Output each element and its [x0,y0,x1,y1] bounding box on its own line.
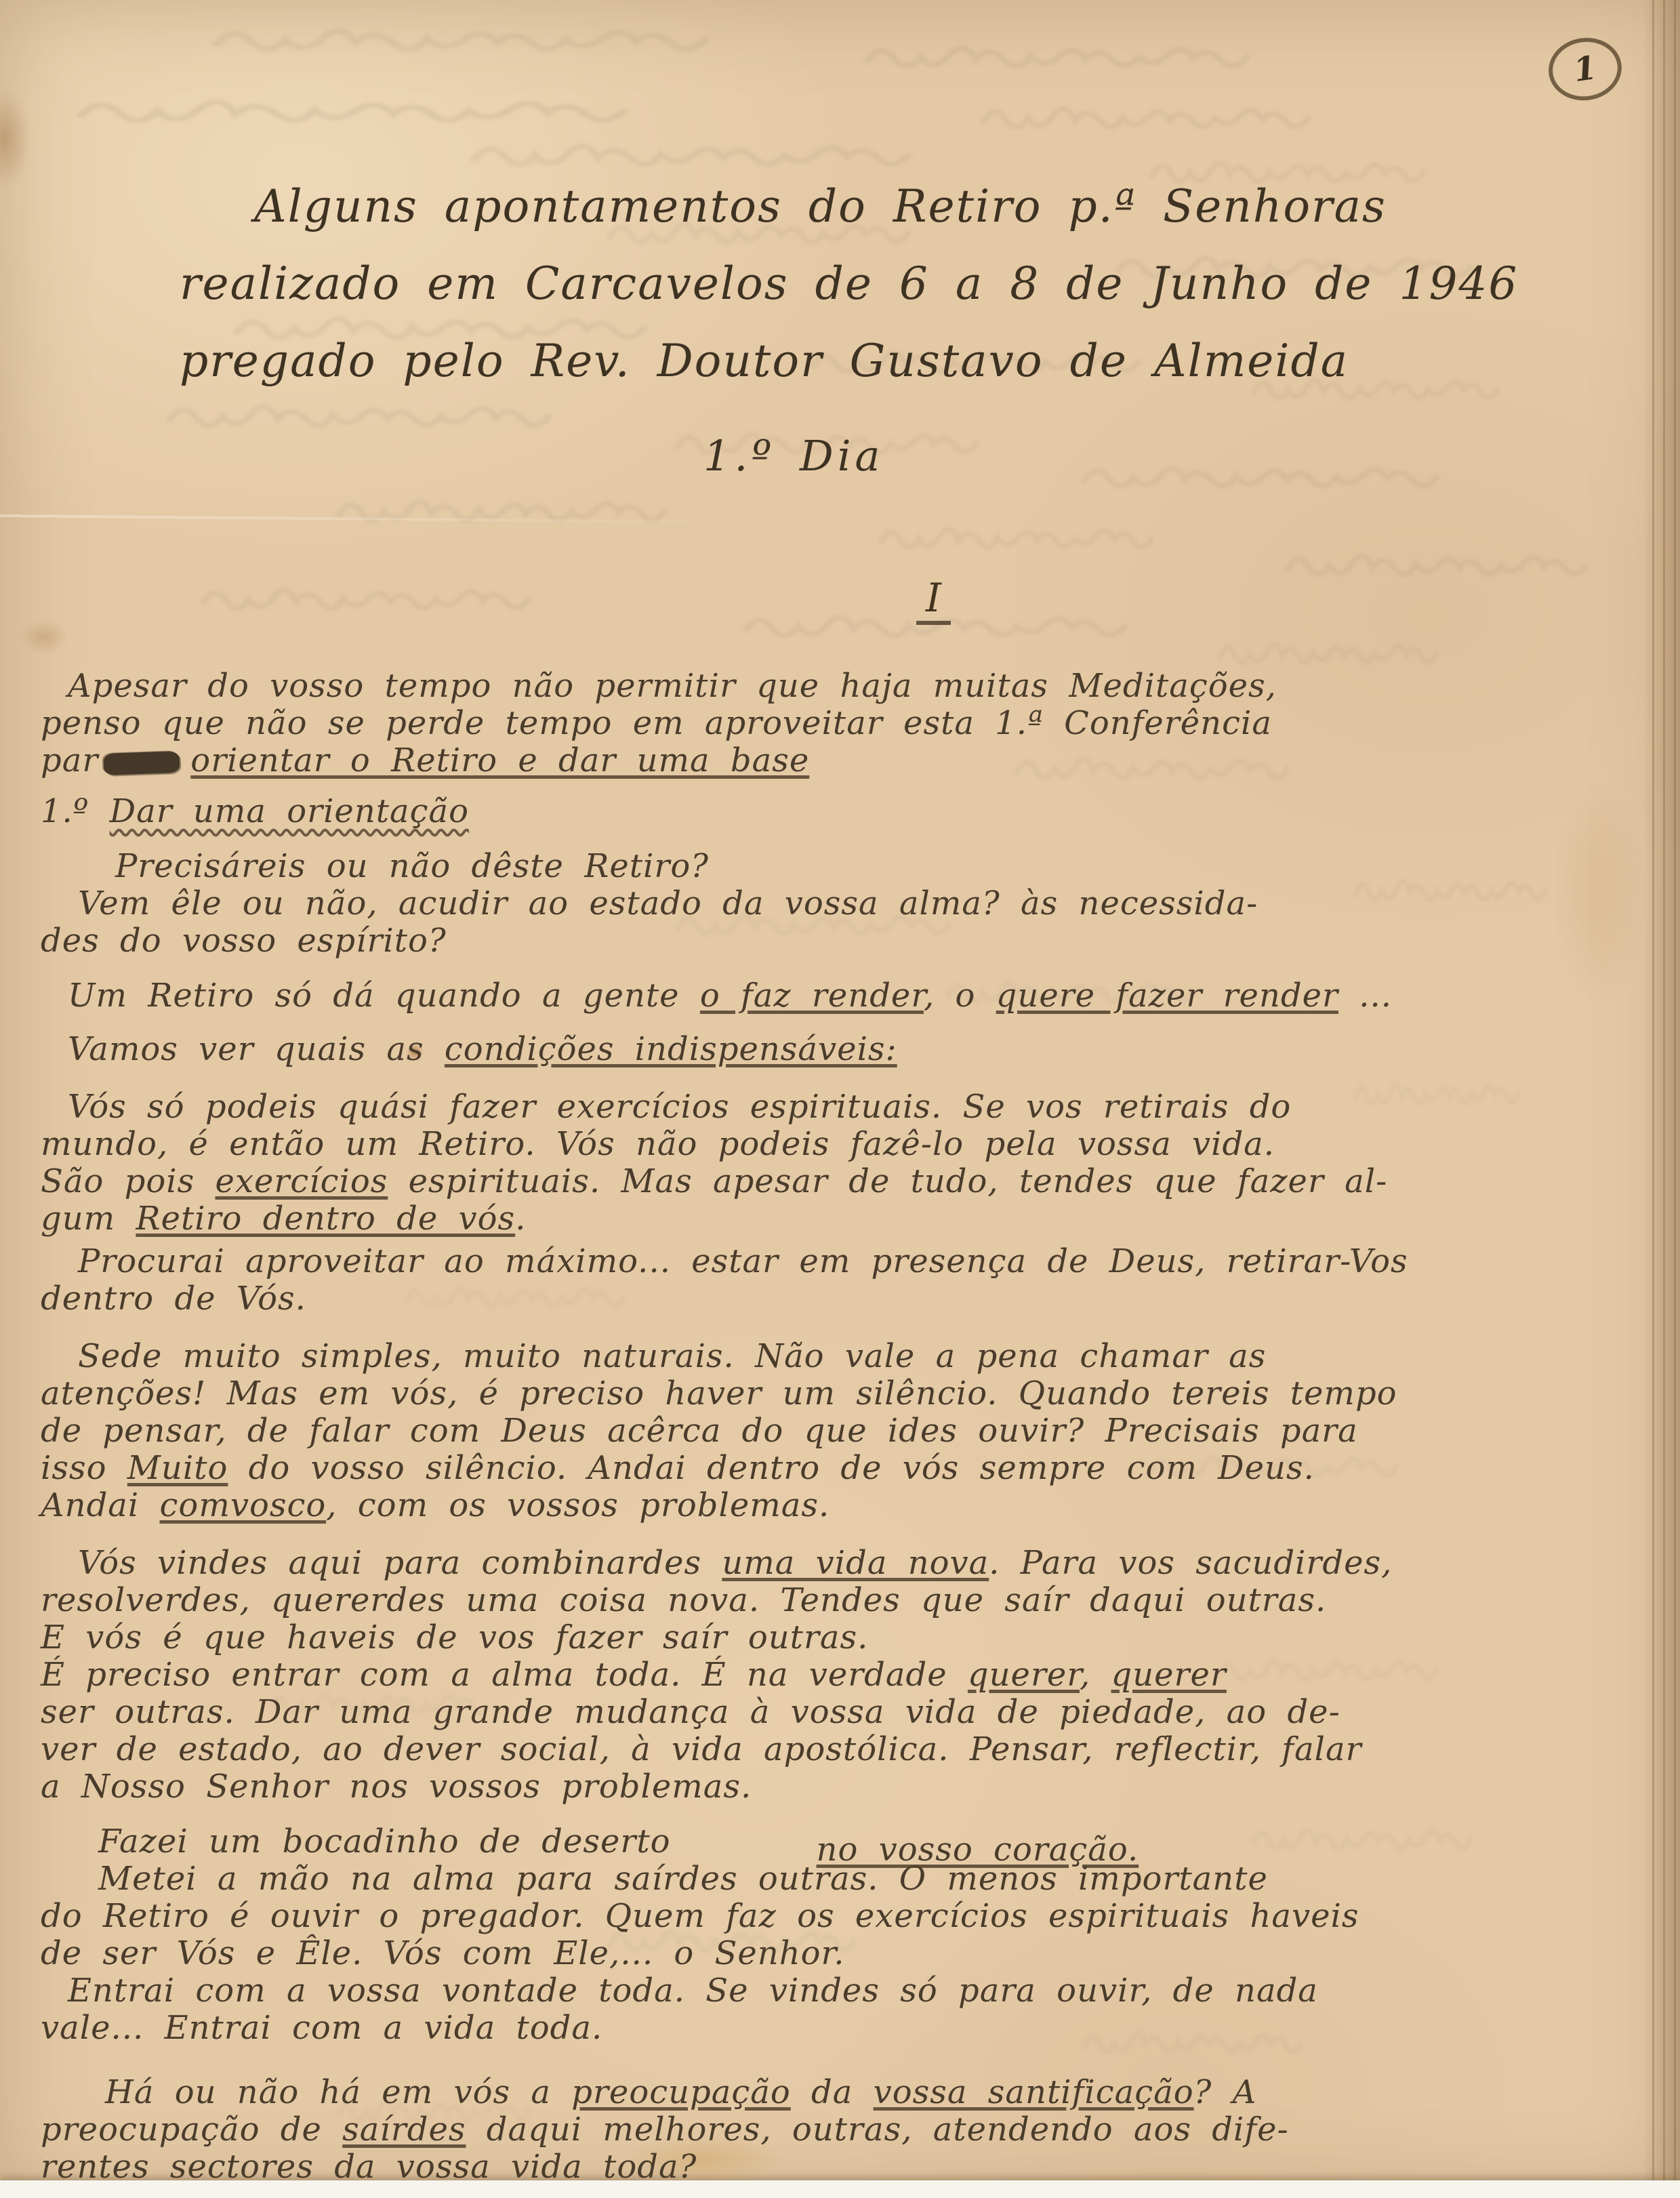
underlined-text: Muito [127,1449,228,1487]
text-segment: gum [41,1200,136,1238]
text-segment: São pois [41,1162,216,1200]
underlined-text: Retiro dentro de vós [136,1200,515,1238]
text-segment: , o [924,977,996,1015]
text-segment: preocupação de [41,2111,342,2149]
heading-section: I [916,575,951,625]
text-line: Vamos ver quais as condições indispensáv… [41,1031,1647,1068]
text-segment: Vós vindes aqui para combinardes [78,1544,722,1582]
scribbled-out-word [104,751,180,775]
paragraph-question-1: Precisáreis ou não dêste Retiro? [41,848,1647,885]
page-number-badge: 1 [1544,33,1626,105]
manuscript-page: 1 Alguns apontamentos do Retiro p.ª Senh… [0,0,1680,2198]
body-text: Apesar do vosso tempo não permitir que h… [41,668,1647,2186]
paragraph-render: Um Retiro só dá quando a gente o faz ren… [41,977,1647,1015]
text-line: Vem êle ou não, acudir ao estado da voss… [41,885,1647,922]
text-line: atenções! Mas em vós, é preciso haver um… [41,1375,1647,1412]
page-fold-edge [1643,0,1680,2198]
text-line: penso que não se perde tempo em aproveit… [41,705,1647,742]
paragraph-exercises: Vós só podeis quási fazer exercícios esp… [41,1088,1647,1238]
underlined-text: exercícios [216,1162,388,1200]
text-line: 1.º Dar uma orientação [41,793,1647,830]
text-segment: , com os vossos problemas. [326,1486,829,1524]
text-line: do Retiro é ouvir o pregador. Quem faz o… [41,1898,1647,1935]
underlined-text: no vosso coração. [759,1831,1139,1869]
text-line: a Nosso Senhor nos vossos problemas. [41,1768,1647,1806]
paragraph-conditions: Vamos ver quais as condições indispensáv… [41,1031,1647,1068]
text-segment: , [1080,1656,1111,1694]
text-segment: do vosso silêncio. Andai dentro de vós s… [228,1449,1314,1487]
heading-day: 1.º Dia [703,431,884,481]
text-line: E vós é que haveis de vos fazer saír out… [41,1619,1647,1656]
paragraph-silence: Sede muito simples, muito naturais. Não … [41,1338,1647,1524]
text-line: de ser Vós e Êle. Vós com Ele,... o Senh… [41,1935,1647,1972]
text-line: Precisáreis ou não dêste Retiro? [41,848,1647,885]
text-line: Andai comvosco, com os vossos problemas. [41,1487,1647,1524]
paragraph-sanctification: Há ou não há em vós a preocupação da vos… [41,2074,1647,2186]
document-title: Alguns apontamentos do Retiro p.ª Senhor… [180,168,1623,400]
underlined-text: o faz render [700,977,924,1015]
text-line: parorientar o Retiro e dar uma base [41,742,1647,779]
paragraph-question-2: Vem êle ou não, acudir ao estado da voss… [41,885,1647,960]
underlined-text: Dar uma orientação [110,792,469,830]
underlined-text: comvosco [160,1486,327,1524]
underlined-text: quere fazer render [996,977,1338,1015]
small-stain [20,620,68,654]
underlined-text: condições indispensáveis: [445,1030,897,1068]
paragraph-intro: Apesar do vosso tempo não permitir que h… [41,668,1647,779]
title-line-3: pregado pelo Rev. Doutor Gustavo de Alme… [180,323,1623,400]
text-line: Apesar do vosso tempo não permitir que h… [41,668,1647,705]
underlined-text: saírdes [342,2111,466,2149]
text-line: São pois exercícios espirituais. Mas ape… [41,1163,1647,1200]
text-line: É preciso entrar com a alma toda. É na v… [41,1656,1647,1694]
text-segment: É preciso entrar com a alma toda. É na v… [41,1656,968,1694]
left-edge-stain [0,88,31,190]
paper-bottom-edge [0,2180,1680,2198]
text-line: Entrai com a vossa vontade toda. Se vind… [41,1972,1647,2010]
text-line: de pensar, de falar com Deus acêrca do q… [41,1412,1647,1450]
text-line: Vós só podeis quási fazer exercícios esp… [41,1088,1647,1126]
underlined-text: querer [968,1656,1080,1694]
title-line-2: realizado em Carcavelos de 6 a 8 de Junh… [180,245,1623,323]
text-segment: par [41,741,98,779]
text-segment: ... [1338,977,1392,1015]
text-segment: daqui melhores, outras, atendendo aos di… [466,2111,1288,2149]
text-line: Fazei um bocadinho de desertono vosso co… [41,1823,1647,1860]
text-segment: ? A [1194,2073,1257,2111]
paragraph-desert: Fazei um bocadinho de desertono vosso co… [41,1823,1647,2047]
text-segment: . Para vos sacudirdes, [989,1544,1392,1582]
text-line: des do vosso espírito? [41,922,1647,960]
text-segment: Vamos ver quais as [68,1030,445,1068]
underlined-text: vossa santificação [874,2073,1194,2111]
underlined-text: orientar o Retiro e dar uma base [190,741,809,779]
text-line: gum Retiro dentro de vós. [41,1200,1647,1238]
text-line: ver de estado, ao dever social, à vida a… [41,1731,1647,1768]
paragraph-presence: Procurai aproveitar ao máximo... estar e… [41,1243,1647,1318]
text-line: Vós vindes aqui para combinardes uma vid… [41,1545,1647,1582]
text-line: Procurai aproveitar ao máximo... estar e… [41,1243,1647,1280]
text-segment: Há ou não há em vós a [105,2073,571,2111]
text-line: resolverdes, quererdes uma coisa nova. T… [41,1582,1647,1619]
text-segment: 1.º [41,792,110,830]
text-segment: Andai [41,1486,160,1524]
page-number: 1 [1572,49,1599,89]
text-line: vale... Entrai com a vida toda. [41,2010,1647,2047]
underlined-text: querer [1111,1656,1227,1694]
underlined-text: uma vida nova [722,1544,989,1582]
text-segment: . [515,1200,526,1238]
underlined-text: preocupação [571,2073,791,2111]
text-line: dentro de Vós. [41,1280,1647,1318]
paragraph-new-life: Vós vindes aqui para combinardes uma vid… [41,1545,1647,1806]
text-line: isso Muito do vosso silêncio. Andai dent… [41,1450,1647,1487]
text-line: preocupação de saírdes daqui melhores, o… [41,2111,1647,2149]
paper-crease [0,514,779,524]
text-segment: isso [41,1449,127,1487]
text-line: Um Retiro só dá quando a gente o faz ren… [41,977,1647,1015]
text-line: Há ou não há em vós a preocupação da vos… [41,2074,1647,2111]
text-line: ser outras. Dar uma grande mudança à vos… [41,1694,1647,1731]
text-segment: da [791,2073,874,2111]
heading-orientation: 1.º Dar uma orientação [41,793,1647,830]
text-segment: Fazei um bocadinho de deserto [98,1823,671,1860]
title-line-1: Alguns apontamentos do Retiro p.ª Senhor… [180,168,1623,245]
text-segment: espirituais. Mas apesar de tudo, tendes … [388,1162,1387,1200]
text-line: Sede muito simples, muito naturais. Não … [41,1338,1647,1375]
text-segment: Um Retiro só dá quando a gente [68,977,700,1015]
text-line: mundo, é então um Retiro. Vós não podeis… [41,1126,1647,1163]
